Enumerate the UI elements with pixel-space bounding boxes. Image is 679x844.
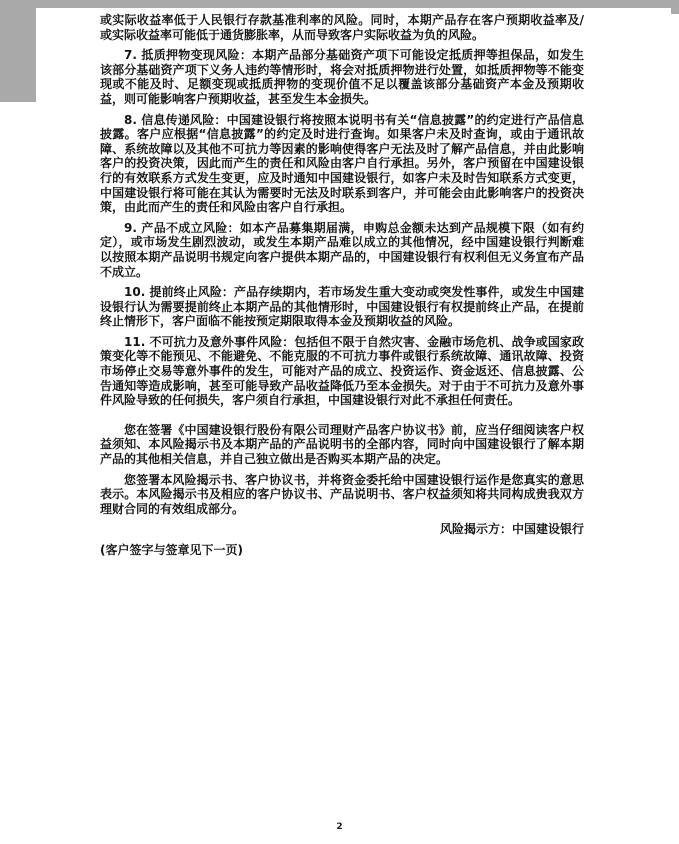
paragraph-risk-10: 10. 提前终止风险：产品存续期内，若市场发生重大变动或突发性事件，或发生中国建…: [100, 285, 584, 329]
document-body: 或实际收益率低于人民银行存款基准利率的风险。同时，本期产品存在客户预期收益率及/…: [100, 13, 584, 558]
page-number: 2: [0, 821, 679, 833]
paragraph-risk-8: 8. 信息传递风险：中国建设银行将按照本说明书有关“信息披露”的约定进行产品信息…: [100, 113, 584, 215]
scan-artifact-right-edge: [671, 0, 679, 14]
paragraph-continuation: 或实际收益率低于人民银行存款基准利率的风险。同时，本期产品存在客户预期收益率及/…: [100, 13, 584, 42]
paragraph-risk-9: 9. 产品不成立风险：如本产品募集期届满，申购总金额未达到产品规模下限（如有约定…: [100, 221, 584, 279]
paragraph-risk-11: 11. 不可抗力及意外事件风险：包括但不限于自然灾害、金融市场危机、战争或国家政…: [100, 335, 584, 408]
document-page: { "page": { "number": "2" }, "colors": {…: [0, 0, 679, 844]
paragraph-sign-before-notice: 您在签署《中国建设银行股份有限公司理财产品客户协议书》前，应当仔细阅读客户权益须…: [100, 423, 584, 467]
scan-artifact-top-edge: [0, 0, 679, 8]
discloser-line: 风险揭示方：中国建设银行: [100, 522, 584, 537]
signature-note: (客户签字与签章见下一页): [100, 543, 584, 558]
paragraph-sign-effect-notice: 您签署本风险揭示书、客户协议书，并将资金委托给中国建设银行运作是您真实的意思表示…: [100, 473, 584, 517]
paragraph-risk-7: 7. 抵质押物变现风险：本期产品部分基础资产项下可能设定抵质押等担保品，如发生该…: [100, 48, 584, 106]
scan-artifact-left-edge: [0, 0, 36, 102]
